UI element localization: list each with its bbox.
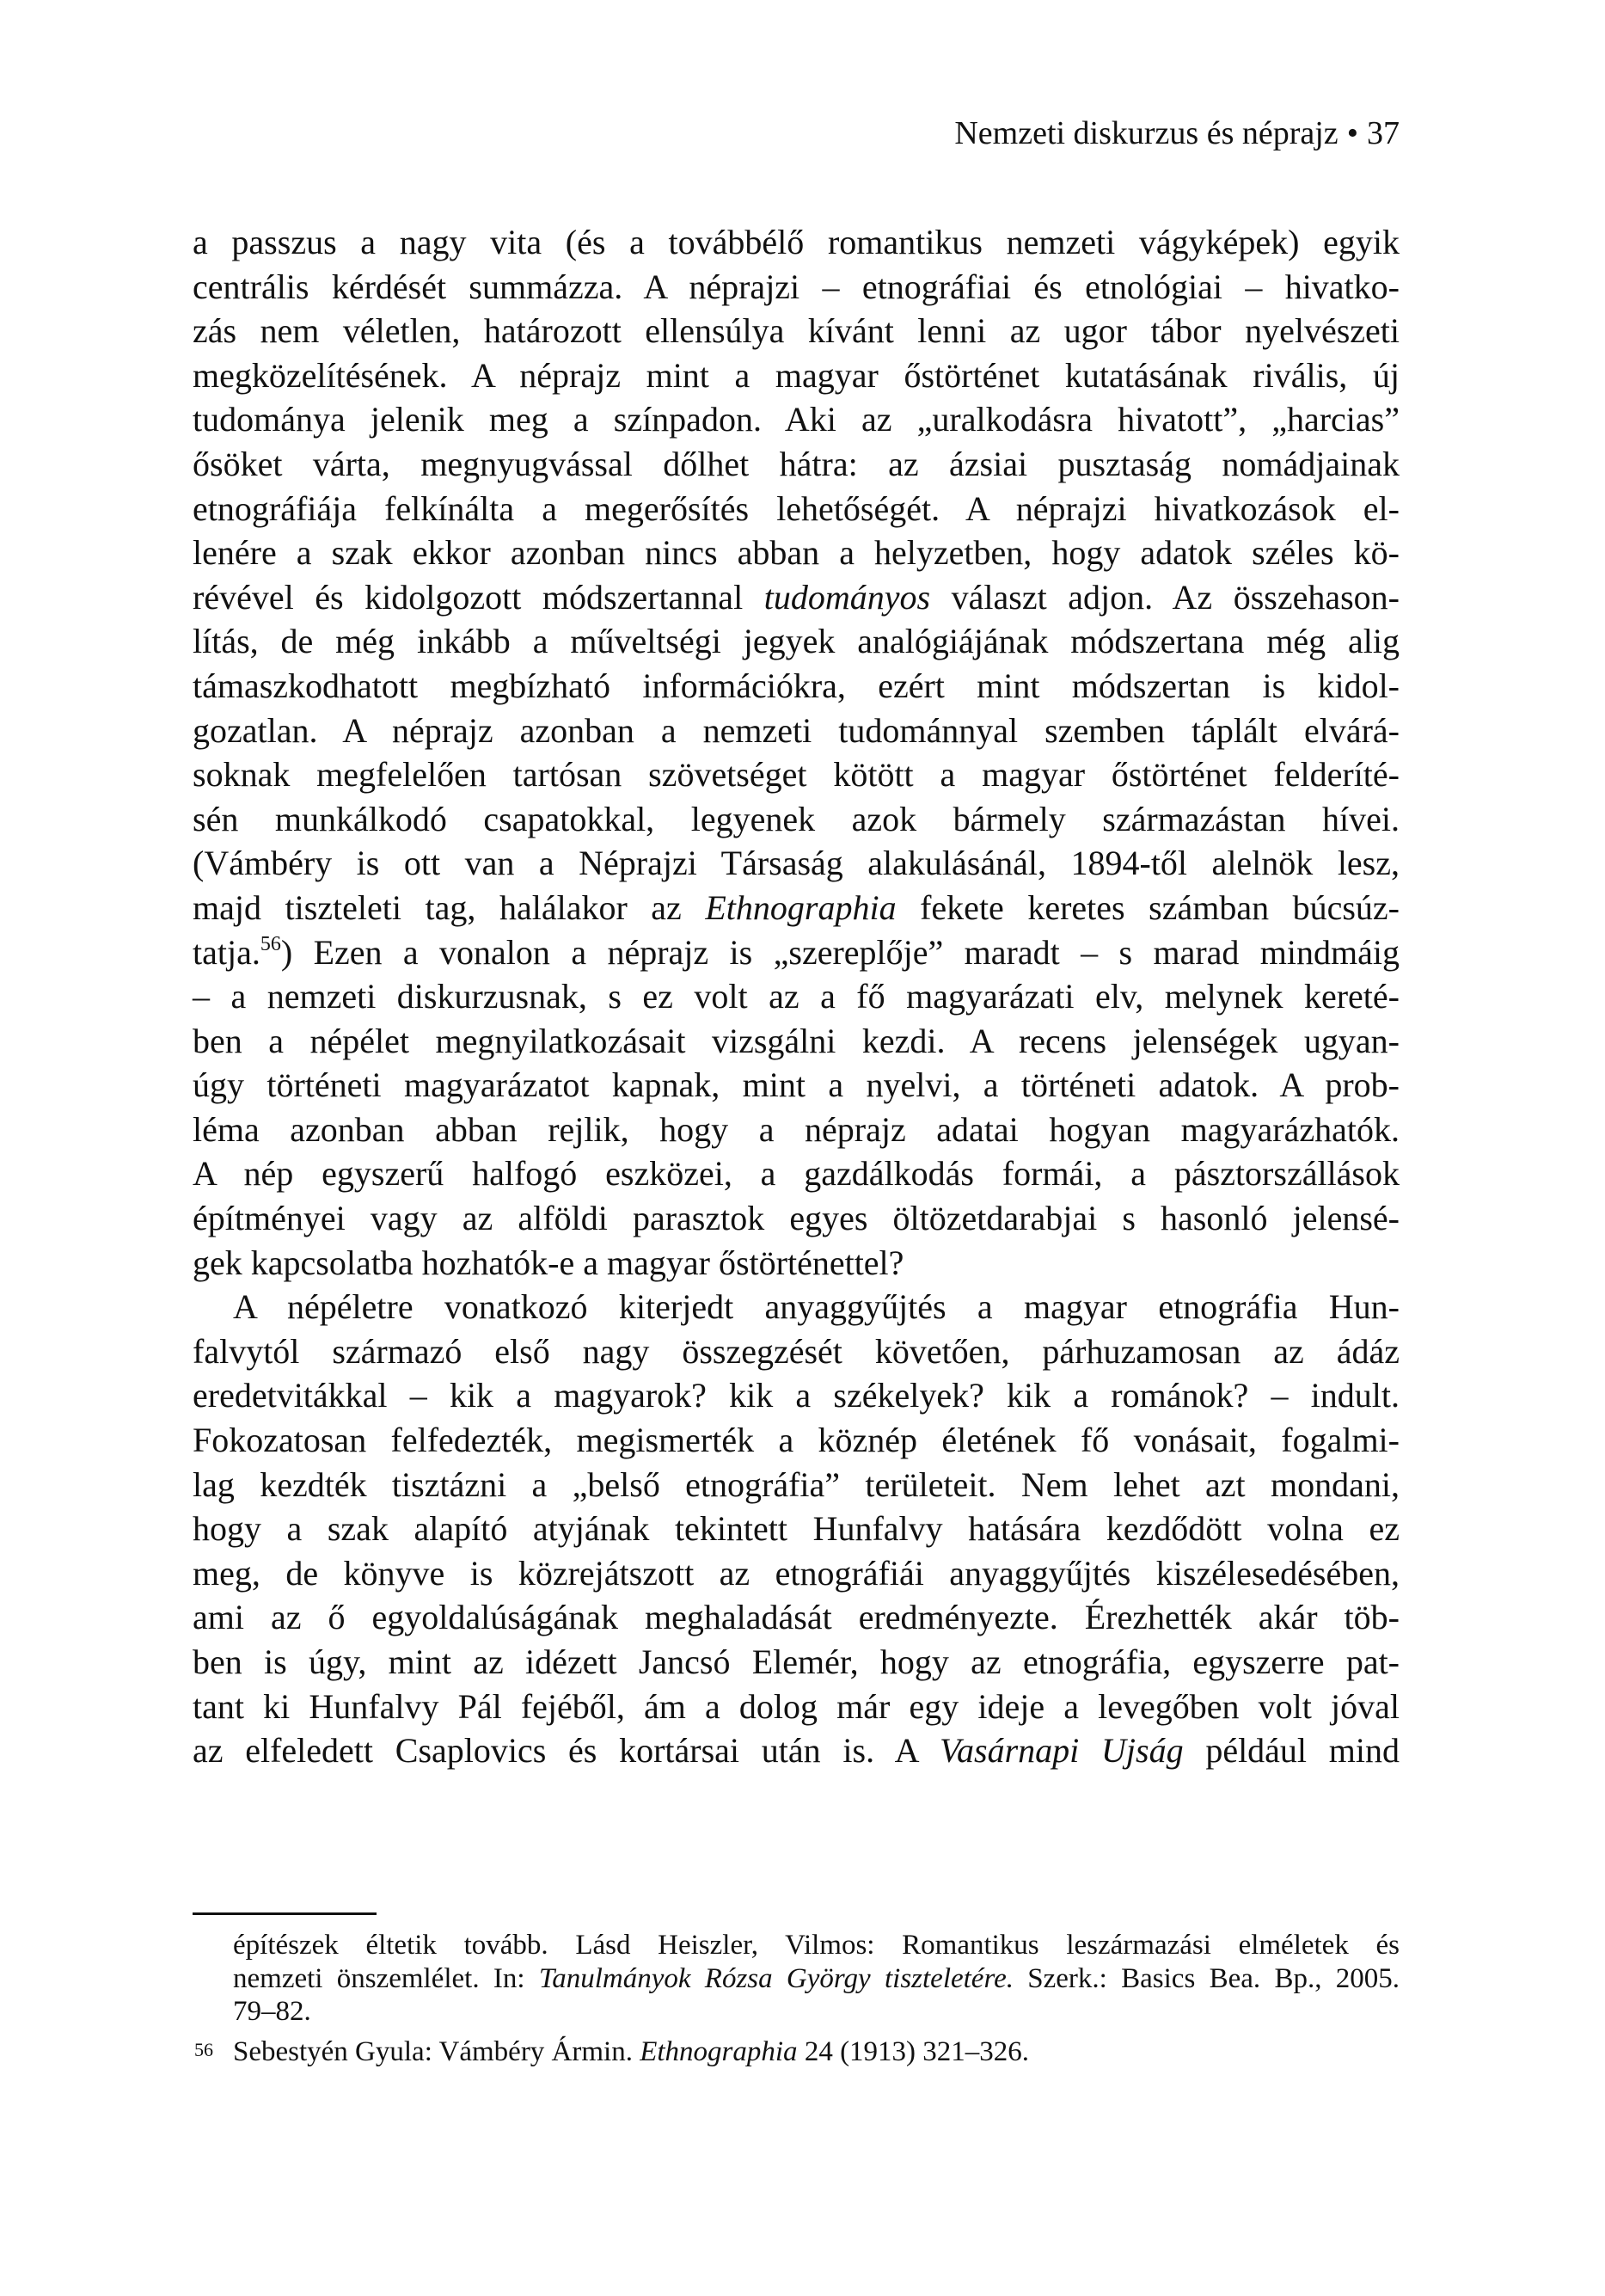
text-line: az elfeledett Csaplovics és kortársai ut… — [193, 1728, 1400, 1773]
text-run: Szerk.: Basics Bea. Bp., 2005. — [1014, 1963, 1400, 1994]
text-line: tant ki Hunfalvy Pál fejéből, ám a dolog… — [193, 1685, 1400, 1729]
text-line: tudománya jelenik meg a színpadon. Aki a… — [193, 397, 1400, 442]
text-line: megközelítésének. A néprajz mint a magya… — [193, 353, 1400, 398]
paragraph-end-line: gek kapcsolatba hozhatók-e a magyar őstö… — [193, 1241, 1400, 1286]
text-line: ősöket várta, megnyugvással dőlhet hátra… — [193, 442, 1400, 487]
footnote-separator-rule — [193, 1912, 377, 1915]
text-line: úgy történeti magyarázatot kapnak, mint … — [193, 1063, 1400, 1108]
running-title: Nemzeti diskurzus és néprajz — [954, 115, 1338, 151]
text-run: fekete keretes számban búcsúz- — [897, 888, 1400, 927]
footnote-line: 79–82. — [233, 1995, 1400, 2029]
text-run: 24 (1913) 321–326. — [798, 2036, 1029, 2067]
page-number: 37 — [1367, 115, 1400, 151]
text-line: lenére a szak ekkor azonban nincs abban … — [193, 531, 1400, 575]
text-line: meg, de könyve is közrejátszott az etnog… — [193, 1551, 1400, 1596]
footnote-continued: építészek éltetik tovább. Lásd Heiszler,… — [193, 1929, 1400, 2029]
italic-newspaper-title: Vasárnapi Ujság — [940, 1731, 1184, 1770]
text-run: nemzeti önszemlélet. In: — [233, 1963, 539, 1994]
text-run: az elfeledett Csaplovics és kortársai ut… — [193, 1731, 940, 1770]
text-run: ) Ezen a vonalon a néprajz is „szereplőj… — [281, 933, 1400, 972]
text-line: támaszkodhatott megbízható információkra… — [193, 664, 1400, 709]
text-run: választ adjon. Az összehason- — [930, 578, 1400, 617]
footnote-line: építészek éltetik tovább. Lásd Heiszler,… — [233, 1929, 1400, 1962]
text-line: Fokozatosan felfedezték, megismerték a k… — [193, 1418, 1400, 1463]
text-line: centrális kérdését summázza. A néprajzi … — [193, 265, 1400, 310]
paragraph-start-line: A népéletre vonatkozó kiterjedt anyaggyű… — [193, 1285, 1400, 1329]
text-line: soknak megfelelően tartósan szövetséget … — [193, 752, 1400, 797]
italic-term: tudományos — [764, 578, 930, 617]
bullet-separator: • — [1347, 115, 1358, 151]
text-line: lag kezdték tisztázni a „belső etnográfi… — [193, 1463, 1400, 1507]
text-run: majd tiszteleti tag, halálakor az — [193, 888, 705, 927]
text-line: eredetvitákkal – kik a magyarok? kik a s… — [193, 1373, 1400, 1418]
text-run: például mind — [1184, 1731, 1400, 1770]
footnote-line: nemzeti önszemlélet. In: Tanulmányok Róz… — [233, 1962, 1400, 1996]
text-run: Sebestyén Gyula: Vámbéry Ármin. — [233, 2036, 640, 2067]
text-run: tatja. — [193, 933, 260, 972]
text-line: ben is úgy, mint az idézett Jancsó Elemé… — [193, 1640, 1400, 1685]
footnote-number: 56 — [194, 2034, 213, 2067]
text-line: tatja.56) Ezen a vonalon a néprajz is „s… — [193, 930, 1400, 975]
text-line: építményei vagy az alföldi parasztok egy… — [193, 1196, 1400, 1241]
italic-journal-title: Ethnographia — [705, 888, 896, 927]
text-line: A nép egyszerű halfogó eszközei, a gazdá… — [193, 1151, 1400, 1196]
running-head: Nemzeti diskurzus és néprajz•37 — [954, 114, 1400, 153]
text-line: ben a népélet megnyilatkozásait vizsgáln… — [193, 1019, 1400, 1064]
text-line: hogy a szak alapító atyjának tekintett H… — [193, 1507, 1400, 1551]
footnote-56: 56 Sebestyén Gyula: Vámbéry Ármin. Ethno… — [193, 2035, 1400, 2069]
text-line: a passzus a nagy vita (és a továbbélő ro… — [193, 220, 1400, 265]
text-line: léma azonban abban rejlik, hogy a népraj… — [193, 1108, 1400, 1152]
body-text: a passzus a nagy vita (és a továbbélő ro… — [193, 220, 1400, 1773]
text-line: sén munkálkodó csapatokkal, legyenek azo… — [193, 797, 1400, 842]
text-line: – a nemzeti diskurzusnak, s ez volt az a… — [193, 974, 1400, 1019]
italic-book-title: Tanulmányok Rózsa György tiszteletére. — [539, 1963, 1014, 1994]
italic-journal-title: Ethnographia — [640, 2036, 797, 2067]
text-line: gozatlan. A néprajz azonban a nemzeti tu… — [193, 709, 1400, 753]
text-run: révével és kidolgozott módszertannal — [193, 578, 764, 617]
footnotes: építészek éltetik tovább. Lásd Heiszler,… — [193, 1929, 1400, 2068]
text-line: zás nem véletlen, határozott ellensúlya … — [193, 309, 1400, 353]
text-line: lítás, de még inkább a műveltségi jegyek… — [193, 619, 1400, 664]
text-line: falvytól származó első nagy összegzését … — [193, 1329, 1400, 1374]
text-line: majd tiszteleti tag, halálakor az Ethnog… — [193, 886, 1400, 930]
footnote-reference-56[interactable]: 56 — [260, 933, 281, 955]
text-line: révével és kidolgozott módszertannal tud… — [193, 575, 1400, 620]
footnote-line: Sebestyén Gyula: Vámbéry Ármin. Ethnogra… — [233, 2035, 1400, 2069]
text-line: (Vámbéry is ott van a Néprajzi Társaság … — [193, 841, 1400, 886]
text-line: ami az ő egyoldalúságának meghaladását e… — [193, 1595, 1400, 1640]
book-page: Nemzeti diskurzus és néprajz•37 a passzu… — [0, 0, 1605, 2296]
text-line: etnográfiája felkínálta a megerősítés le… — [193, 487, 1400, 531]
